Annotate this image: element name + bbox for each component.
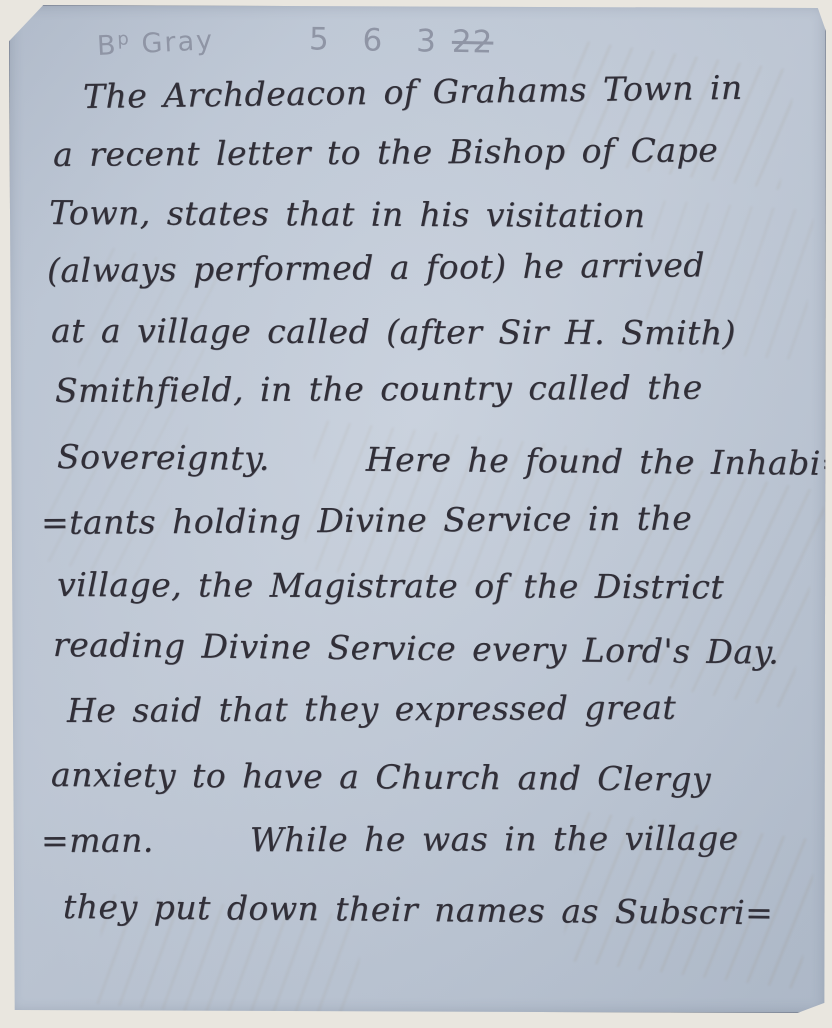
manuscript-line: reading Divine Service every Lord's Day. [53, 625, 780, 672]
manuscript-line: Town, states that in his visitation [49, 193, 646, 235]
manuscript-line: at a village called (after Sir H. Smith) [51, 311, 736, 352]
manuscript-line: The Archdeacon of Grahams Town in [83, 68, 743, 116]
manuscript-line: =man. While he was in the village [41, 819, 739, 860]
manuscript-line: village, the Magistrate of the District [57, 565, 724, 606]
manuscript-line: Sovereignty. Here he found the Inhabi= [57, 437, 832, 483]
manuscript-line: =tants holding Divine Service in the [41, 498, 692, 542]
manuscript-body: The Archdeacon of Grahams Town in a rece… [9, 5, 826, 1013]
scan-background: Bp Gray 5 6 322 The Archdeacon of Graham… [0, 0, 832, 1028]
manuscript-line: He said that they expressed great [67, 688, 676, 730]
letter-page: Bp Gray 5 6 322 The Archdeacon of Graham… [9, 5, 826, 1013]
manuscript-line: (always performed a foot) he arrived [47, 245, 705, 290]
manuscript-line: Smithfield, in the country called the [55, 368, 703, 410]
manuscript-line: anxiety to have a Church and Clergy [51, 755, 711, 799]
manuscript-line: they put down their names as Subscri= [63, 887, 774, 932]
manuscript-line: a recent letter to the Bishop of Cape [53, 130, 718, 174]
